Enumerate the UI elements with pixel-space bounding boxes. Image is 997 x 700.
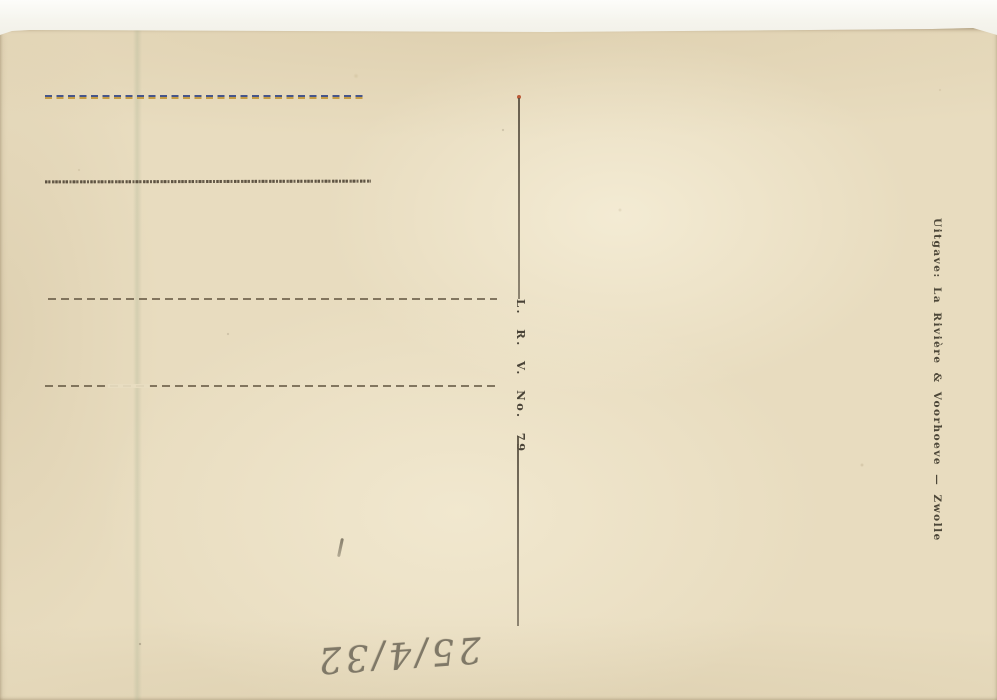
- writing-line-2: [45, 180, 371, 184]
- crease-line: [133, 28, 142, 700]
- divider-line-top: [518, 98, 520, 299]
- writing-line-1-gold-dashes: [45, 97, 367, 99]
- postcard-scan: L. R. V. No. 79 Uitgave: La Rivière & Vo…: [0, 0, 997, 700]
- writing-line-3: [48, 298, 497, 300]
- postcard-back: L. R. V. No. 79 Uitgave: La Rivière & Vo…: [0, 28, 997, 700]
- pencil-mark: [337, 538, 343, 557]
- writing-line-1: [45, 95, 367, 99]
- writing-line-4: [45, 385, 497, 387]
- publisher-imprint: Uitgave: La Rivière & Voorhoeve — Zwolle: [930, 218, 944, 518]
- series-number: L. R. V. No. 79: [513, 299, 529, 439]
- divider-line-bottom: [517, 436, 519, 626]
- handwritten-date: 25/4/32: [287, 623, 510, 684]
